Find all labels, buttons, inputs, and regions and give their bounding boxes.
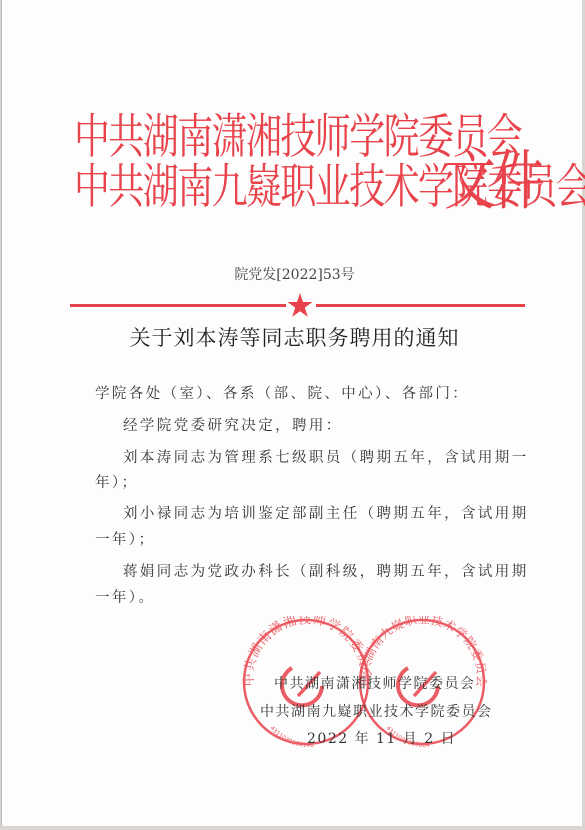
signature-org-2: 中共湖南九嶷职业技术学院委员会 [260,701,493,721]
appointment-2-line-2: 一年）； [95,528,515,549]
appointment-3-line-1: 蒋娟同志为党政办科长（副科级，聘期五年，含试用期 [123,560,543,581]
document-page: 中共湖南潇湘技师学院委员会 中共湖南九嶷职业技术学院委员会 文件 院党发[202… [1,0,582,826]
appointment-3-line-2: 一年）。 [95,586,515,607]
appointment-2-line-1: 刘小禄同志为培训鉴定部副主任（聘期五年，含试用期 [123,502,543,523]
appointment-1-line-1: 刘本涛同志为管理系七级职员（聘期五年，含试用期一 [123,446,543,467]
signature-org-1: 中共湖南潇湘技师学院委员会 [274,673,476,693]
red-divider-right [316,304,525,307]
red-star-icon [287,292,313,318]
header-suffix: 文件 [444,128,542,222]
intro-paragraph: 经学院党委研究决定，聘用： [123,414,543,435]
salutation: 学院各处（室）、各系（部、院、中心）、各部门： [95,382,515,403]
appointment-1-line-2: 年）； [95,471,515,492]
red-divider-left [70,304,286,307]
signature-date: 2022 年 11 月 2 日 [307,728,456,748]
document-number: 院党发[2022]53号 [2,264,585,284]
document-title: 关于刘本涛等同志职务聘用的通知 [2,322,585,352]
